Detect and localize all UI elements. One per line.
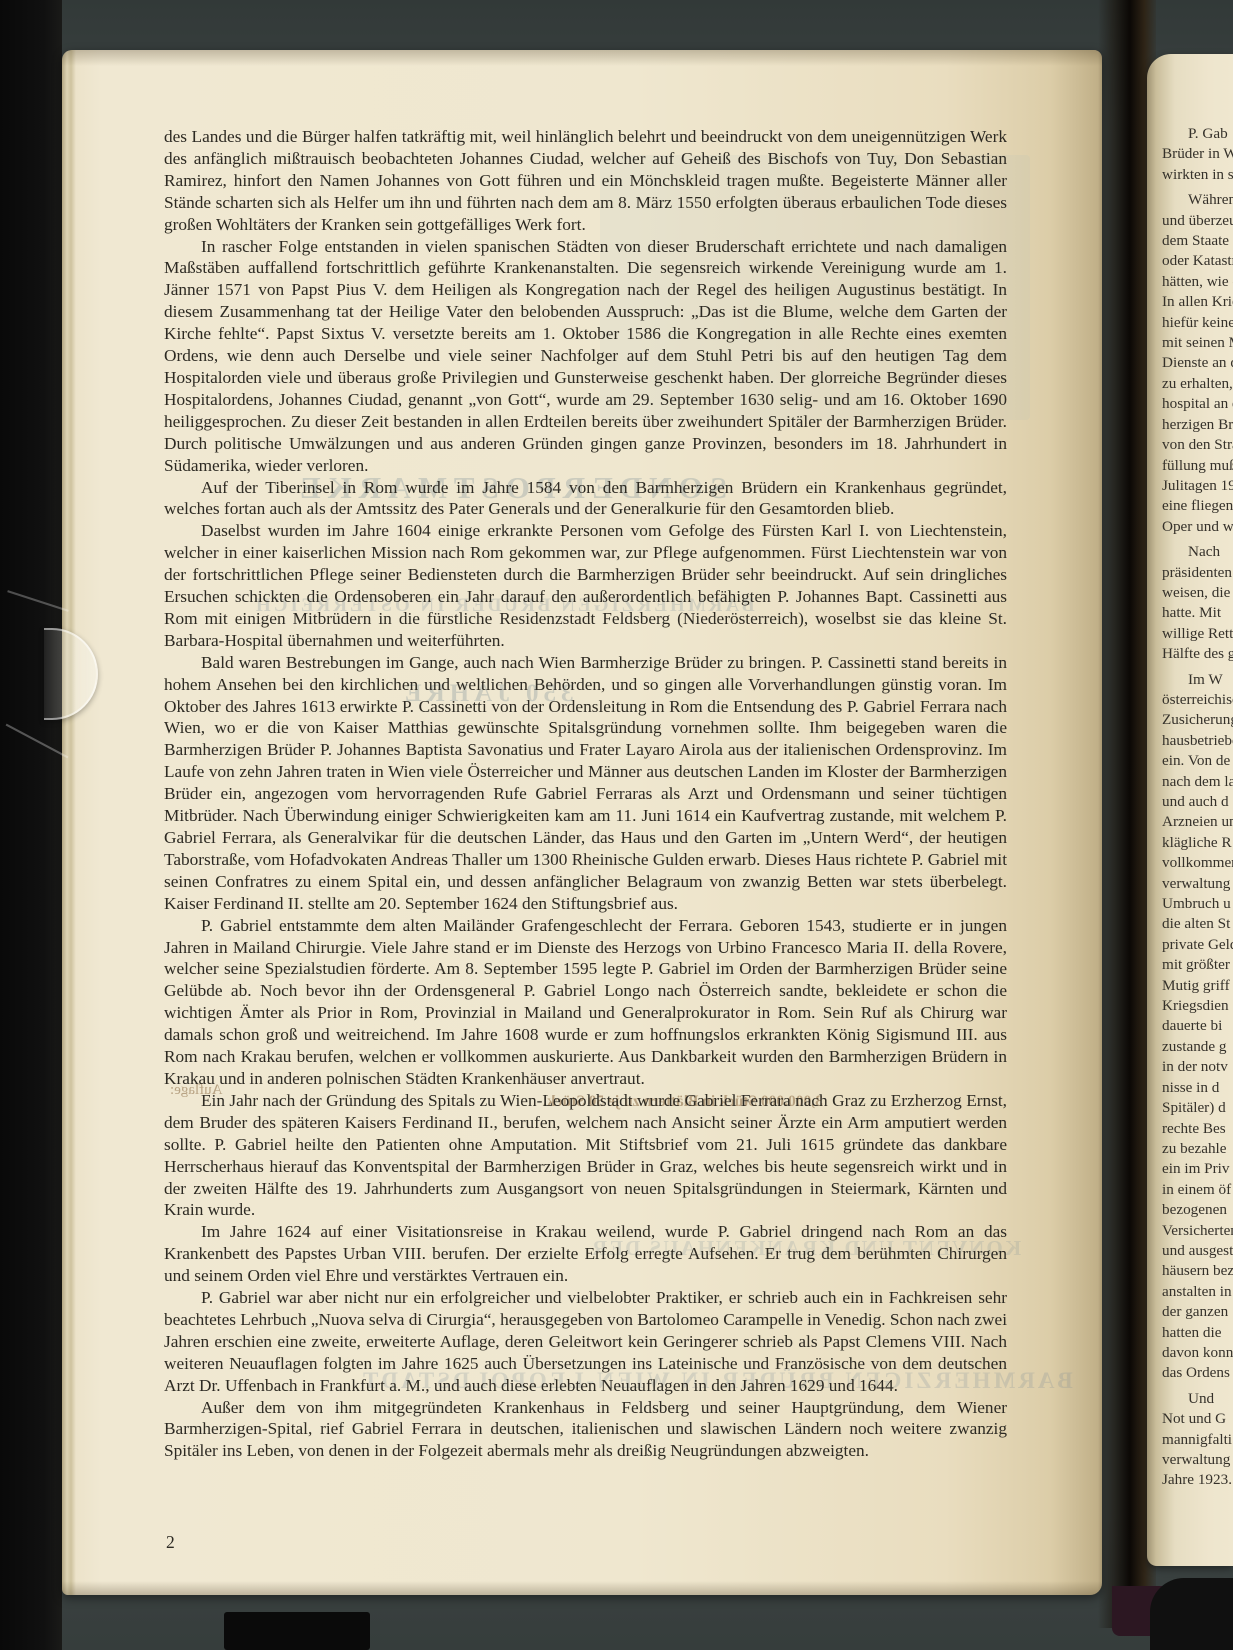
right-page-line: oder Katastro (1162, 251, 1233, 271)
right-page-line: rechte Bes (1162, 1119, 1233, 1139)
book-bottom-shadow (224, 1612, 370, 1650)
right-page-line: hiefür keine (1162, 313, 1233, 333)
right-page-line: das Ordens (1162, 1363, 1233, 1383)
right-page-line: hausbetriebe (1162, 731, 1233, 751)
right-page-line: wirkten in sei (1162, 165, 1233, 185)
right-page-line: herzigen Brü (1162, 415, 1233, 435)
right-page-line: zustande g (1162, 1037, 1233, 1057)
right-page-line: hätten, wie di (1162, 272, 1233, 292)
right-page-line: verwaltung (1162, 874, 1233, 894)
right-page-line: der ganzen (1162, 1302, 1233, 1322)
right-page-line: davon konn (1162, 1343, 1233, 1363)
right-page-line: mit größter (1162, 955, 1233, 975)
paragraph: Auf der Tiberinsel in Rom wurde im Jahre… (164, 477, 1007, 521)
right-page-line: Arzneien un (1162, 812, 1233, 832)
right-page-line: Hälfte des g (1162, 644, 1233, 664)
right-page-line: P. Gab (1162, 124, 1233, 144)
right-page-line: ein. Von de (1162, 751, 1233, 771)
right-page-line: und ausgest (1162, 1241, 1233, 1261)
right-page-line: nach dem la (1162, 772, 1233, 792)
right-page-line: häusern bez (1162, 1261, 1233, 1281)
right-page-line: und überzeug (1162, 211, 1233, 231)
book-bottom-right-edge (1150, 1578, 1233, 1650)
right-page-line: Not und G (1162, 1409, 1233, 1429)
left-page: SONDERPOSTMARKE BARMHERZIGEN BRÜDER IN Ö… (62, 50, 1102, 1595)
right-page-line: Zusicherung (1162, 710, 1233, 730)
paragraph: Bald waren Bestrebungen im Gange, auch n… (164, 652, 1007, 915)
right-page-text: P. GabBrüder in Wiewirkten in seiWährenu… (1162, 124, 1233, 1491)
right-page-line: die alten St (1162, 914, 1233, 934)
paragraph: Im Jahre 1624 auf einer Visitationsreise… (164, 1221, 1007, 1287)
right-page-line: Im W (1162, 670, 1233, 690)
right-page-line: zu bezahle (1162, 1139, 1233, 1159)
right-page-line: Spitäler) d (1162, 1098, 1233, 1118)
right-page-line: Julitagen 192 (1162, 476, 1233, 496)
right-page-line: hatten die (1162, 1323, 1233, 1343)
right-page-edge: P. GabBrüder in Wiewirkten in seiWährenu… (1147, 54, 1233, 1566)
right-page-line: in der notv (1162, 1057, 1233, 1077)
right-page-line: In allen Krieg (1162, 292, 1233, 312)
right-page-line: Mutig griff (1162, 976, 1233, 996)
right-page-line: hatte. Mit (1162, 603, 1233, 623)
right-page-line: mannigfalti (1162, 1430, 1233, 1450)
right-page-line: Dienste an d (1162, 353, 1233, 373)
paragraph: Außer dem von ihm mitgegründeten Kranken… (164, 1397, 1007, 1463)
right-page-line: Umbruch u (1162, 894, 1233, 914)
body-text: des Landes und die Bürger halfen tatkräf… (164, 126, 1007, 1486)
right-page-line: private Geld (1162, 935, 1233, 955)
right-page-line: Währen (1162, 190, 1233, 210)
right-page-line: füllung muß (1162, 456, 1233, 476)
book-cover-edge (0, 0, 62, 1650)
right-page-line: eine fliegend (1162, 496, 1233, 516)
right-page-line: Jahre 1923. (1162, 1470, 1233, 1490)
right-page-line: Kriegsdien (1162, 996, 1233, 1016)
right-page-line: Brüder in Wie (1162, 144, 1233, 164)
paragraph: Ein Jahr nach der Gründung des Spitals z… (164, 1090, 1007, 1221)
paragraph: P. Gabriel entstammte dem alten Mailände… (164, 915, 1007, 1090)
right-page-line: dauerte bi (1162, 1016, 1233, 1036)
right-page-line: bezogenen (1162, 1200, 1233, 1220)
page-number: 2 (166, 1532, 175, 1553)
right-page-line: von den Straf (1162, 435, 1233, 455)
right-page-line: Und (1162, 1389, 1233, 1409)
right-page-line: ein im Priv (1162, 1159, 1233, 1179)
right-page-line: klägliche R (1162, 833, 1233, 853)
right-page-line: nisse in d (1162, 1078, 1233, 1098)
right-page-line: in einem öf (1162, 1180, 1233, 1200)
right-page-line: Oper und w (1162, 517, 1233, 537)
right-page-line: willige Rettu (1162, 624, 1233, 644)
right-page-line: und auch d (1162, 792, 1233, 812)
right-page-line: dem Staate u (1162, 231, 1233, 251)
right-page-line: anstalten in (1162, 1282, 1233, 1302)
paragraph: P. Gabriel war aber nicht nur ein erfolg… (164, 1287, 1007, 1397)
right-page-line: Nach (1162, 542, 1233, 562)
paragraph: In rascher Folge entstanden in vielen sp… (164, 236, 1007, 477)
paragraph: Daselbst wurden im Jahre 1604 einige erk… (164, 520, 1007, 651)
right-page-line: zu erhalten, ü (1162, 374, 1233, 394)
right-page-line: verwaltung (1162, 1450, 1233, 1470)
paragraph: des Landes und die Bürger halfen tatkräf… (164, 126, 1007, 236)
right-page-line: Versicherten (1162, 1221, 1233, 1241)
right-page-line: österreichisc (1162, 690, 1233, 710)
right-page-line: mit seinen M (1162, 333, 1233, 353)
open-book-photo: SONDERPOSTMARKE BARMHERZIGEN BRÜDER IN Ö… (0, 0, 1233, 1650)
right-page-line: hospital an d (1162, 394, 1233, 414)
right-page-line: weisen, die s (1162, 583, 1233, 603)
right-page-line: vollkommen (1162, 853, 1233, 873)
right-page-line: präsidenten (1162, 563, 1233, 583)
